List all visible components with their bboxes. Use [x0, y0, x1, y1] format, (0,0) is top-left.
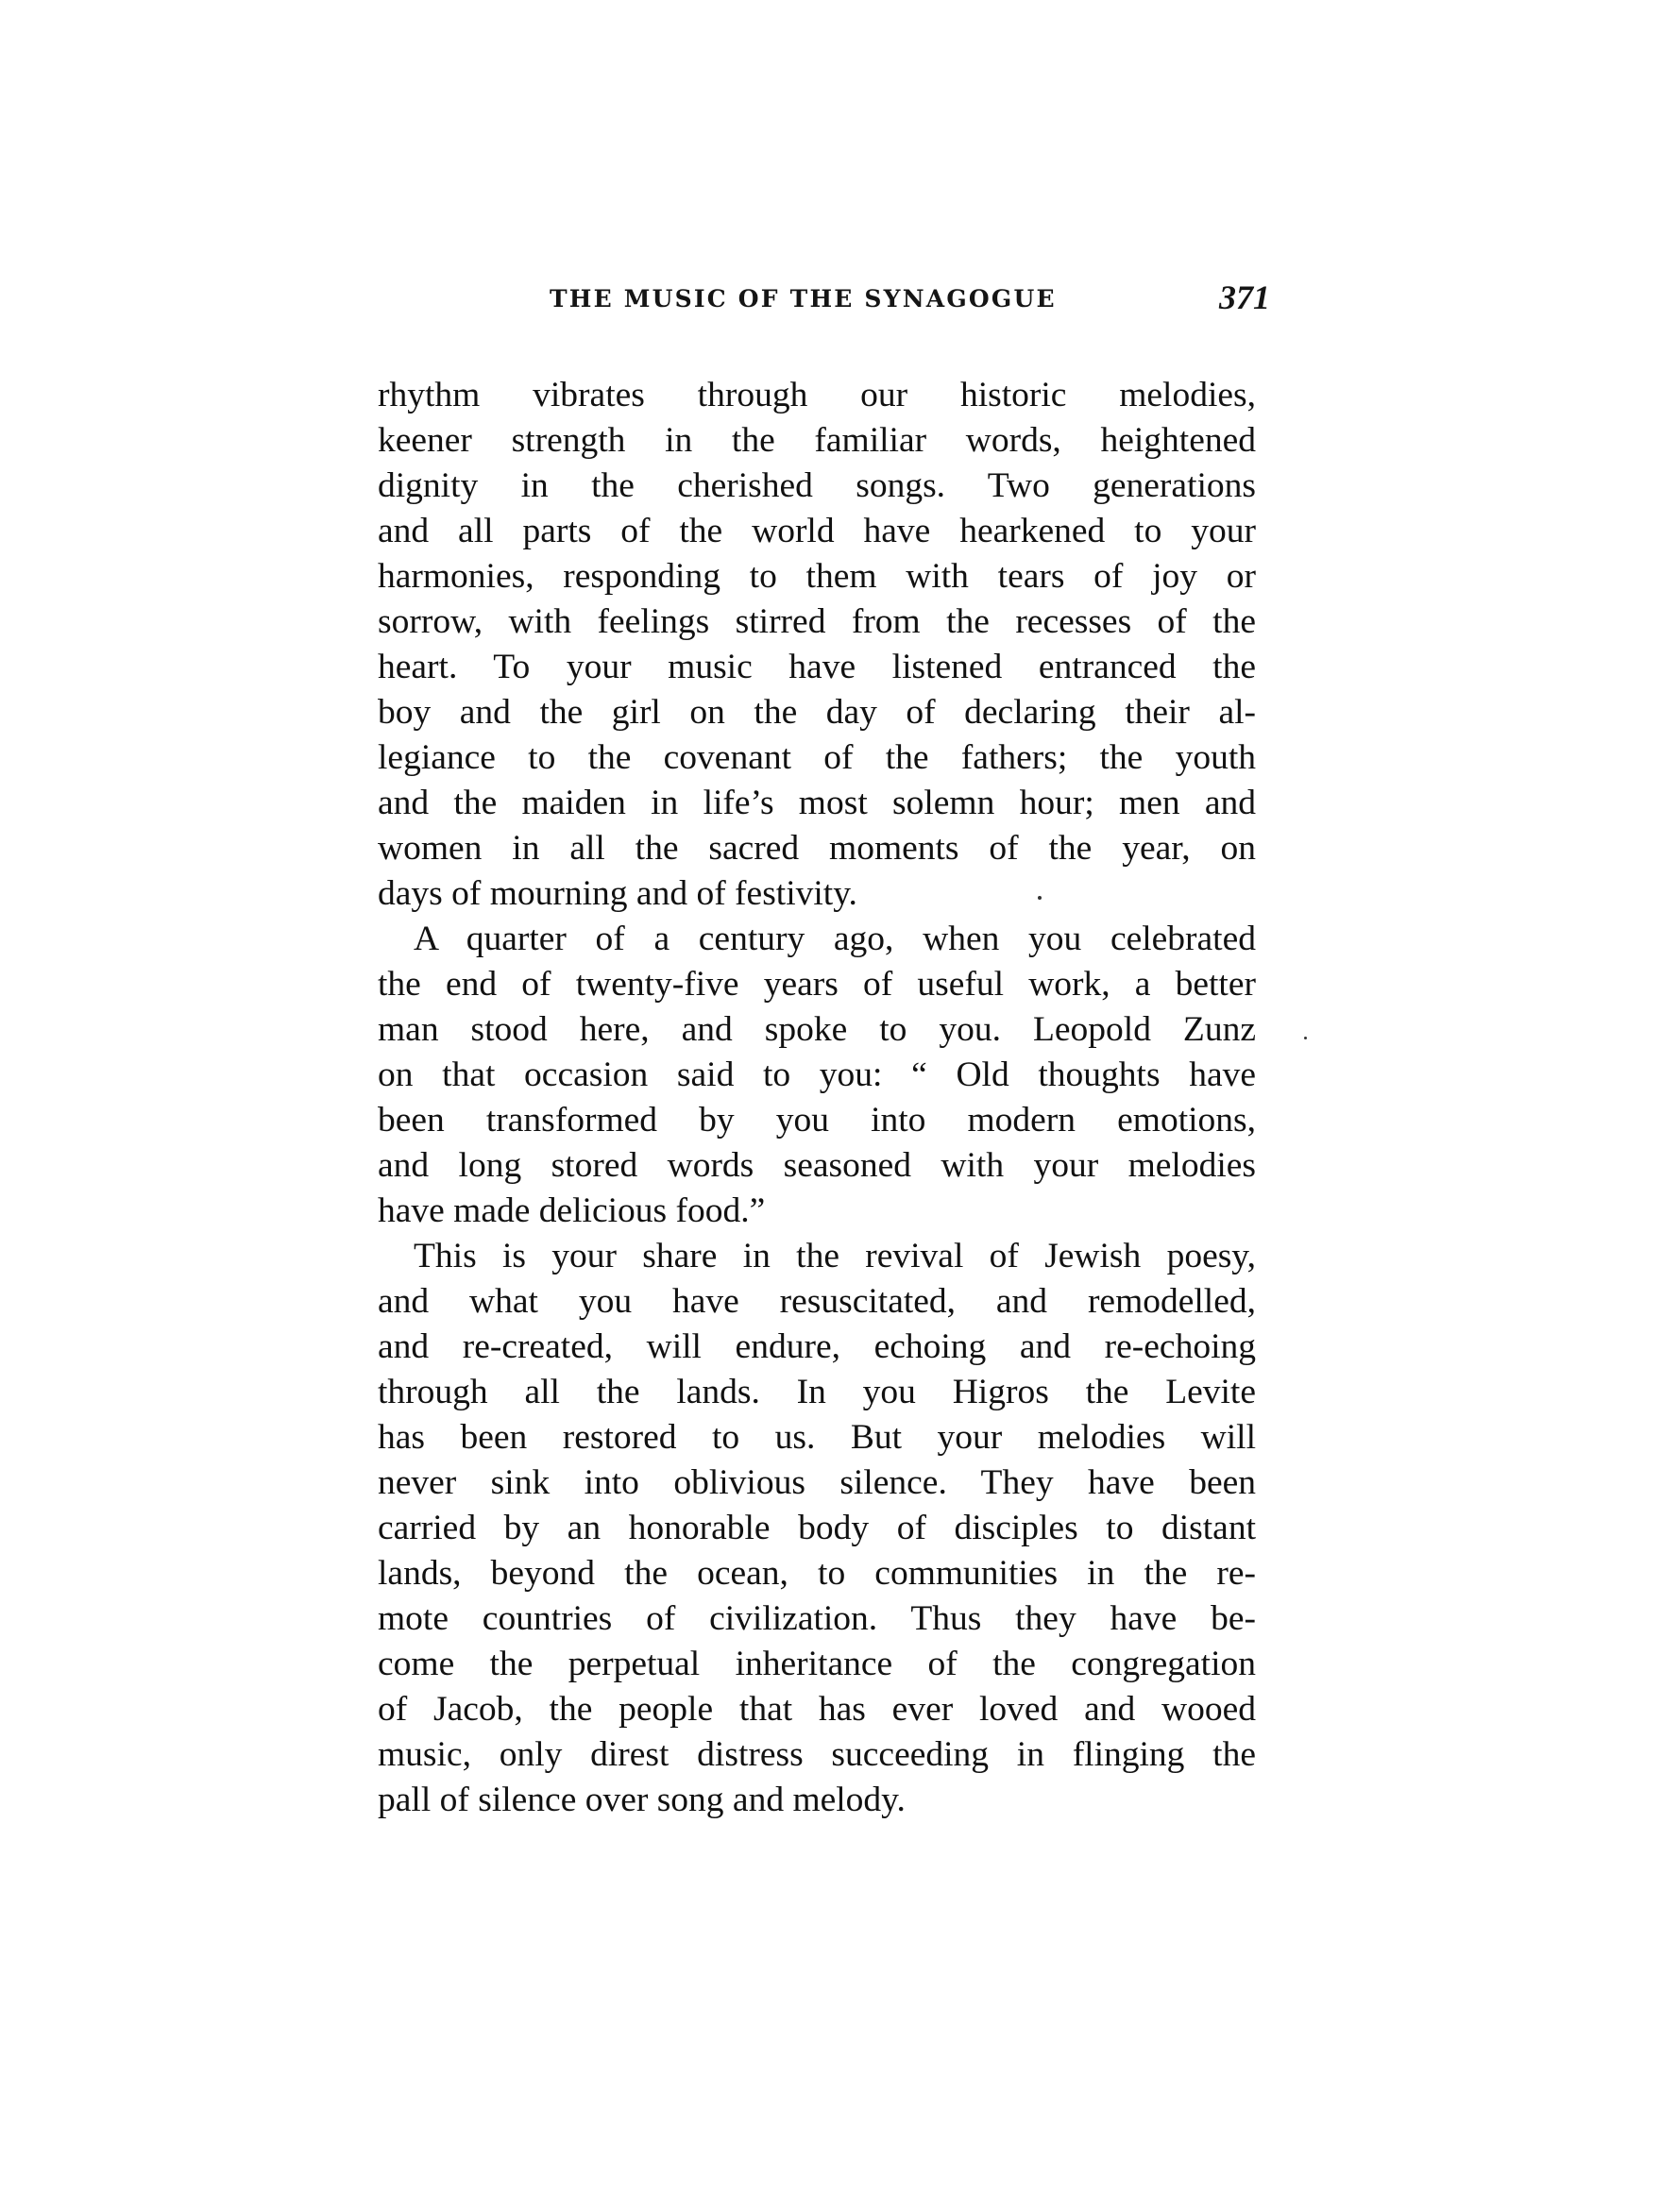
text-line: and all parts of the world have hearkene…	[378, 509, 1256, 554]
running-title: THE MUSIC OF THE SYNAGOGUE	[550, 285, 1057, 312]
text-line: been transformed by you into modern emot…	[378, 1098, 1256, 1143]
text-line: and what you have resuscitated, and remo…	[378, 1279, 1256, 1325]
page-number: 371	[1219, 278, 1270, 317]
text-line: and long stored words seasoned with your…	[378, 1143, 1256, 1189]
text-line: and re-created, will endure, echoing and…	[378, 1325, 1256, 1370]
text-line: have made delicious food.”	[378, 1189, 1256, 1234]
running-head: THE MUSIC OF THE SYNAGOGUE 371	[378, 283, 1270, 321]
text-line: come the perpetual inheritance of the co…	[378, 1642, 1256, 1687]
scan-speck	[1038, 896, 1042, 900]
text-line: of Jacob, the people that has ever loved…	[378, 1687, 1256, 1732]
text-line: and the maiden in life’s most solemn hou…	[378, 781, 1256, 826]
text-line: through all the lands. In you Higros the…	[378, 1370, 1256, 1415]
text-line: legiance to the covenant of the fathers;…	[378, 735, 1256, 781]
text-line: heart. To your music have listened entra…	[378, 645, 1256, 690]
text-line: dignity in the cherished songs. Two gene…	[378, 464, 1256, 509]
text-line: days of mourning and of festivity.	[378, 871, 1256, 917]
text-line: keener strength in the familiar words, h…	[378, 418, 1256, 464]
text-line: harmonies, responding to them with tears…	[378, 554, 1256, 599]
text-line: man stood here, and spoke to you. Leopol…	[378, 1007, 1256, 1053]
text-line: lands, beyond the ocean, to communities …	[378, 1551, 1256, 1596]
book-page: THE MUSIC OF THE SYNAGOGUE 371 rhythm vi…	[0, 0, 1661, 2212]
scan-speck	[1304, 1037, 1307, 1039]
text-line: the end of twenty-five years of useful w…	[378, 962, 1256, 1007]
text-line: on that occasion said to you: “ Old thou…	[378, 1053, 1256, 1098]
text-line: sorrow, with feelings stirred from the r…	[378, 599, 1256, 645]
text-line: rhythm vibrates through our historic mel…	[378, 373, 1256, 418]
text-line: mote countries of civilization. Thus the…	[378, 1596, 1256, 1642]
text-line: carried by an honorable body of disciple…	[378, 1506, 1256, 1551]
text-line: boy and the girl on the day of declaring…	[378, 690, 1256, 735]
text-line: has been restored to us. But your melodi…	[378, 1415, 1256, 1461]
text-line: women in all the sacred moments of the y…	[378, 826, 1256, 871]
text-line: never sink into oblivious silence. They …	[378, 1461, 1256, 1506]
text-line: This is your share in the revival of Jew…	[414, 1234, 1256, 1279]
text-line: A quarter of a century ago, when you cel…	[414, 917, 1256, 962]
text-line: pall of silence over song and melody.	[378, 1778, 1256, 1823]
text-line: music, only direst distress succeeding i…	[378, 1732, 1256, 1778]
